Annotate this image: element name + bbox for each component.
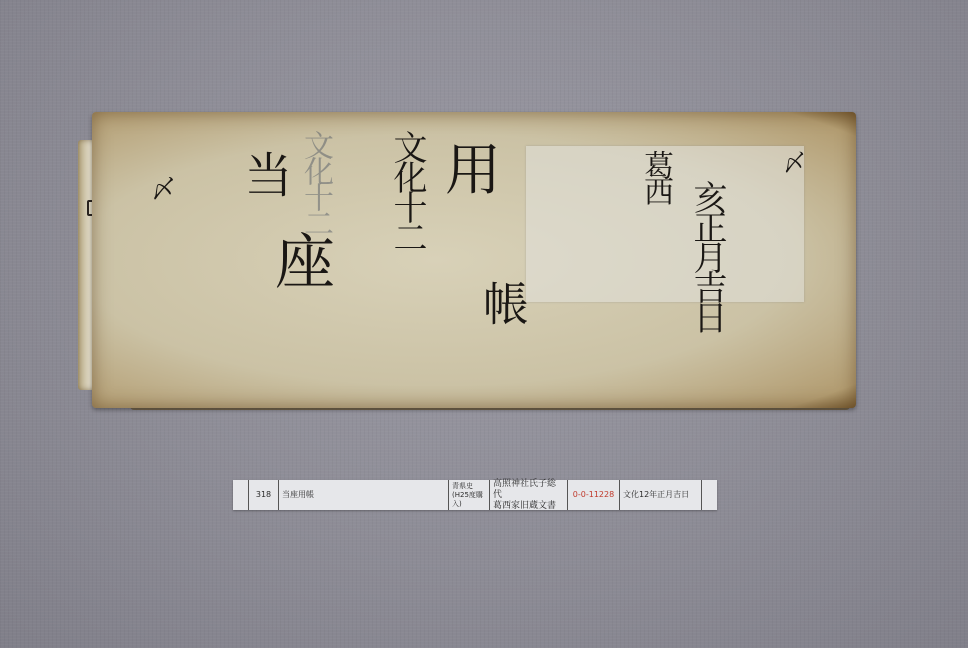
calligraphy-right: 〆 [780, 150, 804, 170]
label-date: 文化12年正月吉日 [620, 480, 702, 510]
label-source: 青県史(H25度購入) [449, 480, 490, 510]
label-end-cell [702, 480, 717, 510]
calligraphy-title-char: 用 [440, 140, 496, 192]
label-blank-cell [233, 480, 249, 510]
label-collection-line1: 高照神社氏子総代 [493, 479, 564, 501]
calligraphy-name: 葛西 [640, 150, 670, 202]
calligraphy-title-char: 当 [240, 150, 288, 194]
label-collection-line2: 葛西家旧蔵文書 [493, 501, 564, 512]
label-catalog-id: 0-0-11228 [568, 480, 620, 510]
calligraphy-title-char: 帳 [480, 280, 526, 322]
calligraphy-title-char: 座 [270, 230, 330, 286]
calligraphy-mark: 〆 [148, 175, 174, 197]
calligraphy-faint: 文化十二 [300, 130, 330, 234]
catalog-label: 318 当座用帳 青県史(H25度購入) 高照神社氏子総代 葛西家旧蔵文書 0-… [233, 480, 717, 510]
label-collection: 高照神社氏子総代 葛西家旧蔵文書 [490, 480, 568, 510]
calligraphy-date: 文化十二 [390, 130, 424, 250]
label-number: 318 [249, 480, 279, 510]
label-title: 当座用帳 [279, 480, 449, 510]
calligraphy-date2: 亥正月吉日 [690, 180, 724, 330]
